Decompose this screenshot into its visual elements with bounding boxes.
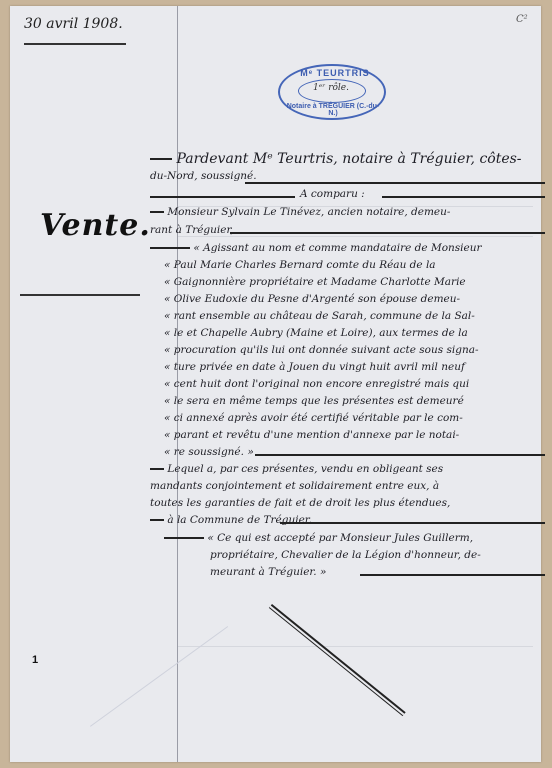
- filler-line: [280, 522, 545, 524]
- text-line: A comparu :: [300, 188, 365, 200]
- text-line: « ture privée en date à Jouen du vingt h…: [164, 361, 465, 373]
- margin-title-underline: [20, 294, 140, 296]
- text-line: mandants conjointement et solidairement …: [150, 480, 439, 492]
- ruled-line: [178, 236, 533, 237]
- text-line: « Ce qui est accepté par Monsieur Jules …: [164, 532, 473, 544]
- page-number: 1: [32, 654, 38, 666]
- text-line: « ci annexé après avoir été certifié vér…: [164, 412, 463, 424]
- text-line: Pardevant Mᵉ Teurtris, notaire à Tréguie…: [150, 151, 522, 167]
- stamp-notary-name: Mᵉ TEURTRIS: [290, 68, 380, 78]
- document-date: 30 avril 1908.: [24, 16, 123, 32]
- text-line: « Agissant au nom et comme mandataire de…: [150, 242, 482, 254]
- corner-mark: C²: [516, 14, 528, 25]
- text-line: propriétaire, Chevalier de la Légion d'h…: [210, 549, 481, 561]
- text-line: « le sera en même temps que les présente…: [164, 395, 464, 407]
- text-line: meurant à Tréguier. »: [210, 566, 326, 578]
- text-line: « Olive Eudoxie du Pesne d'Argenté son é…: [164, 293, 460, 305]
- filler-line: [360, 574, 545, 576]
- date-underline: [24, 43, 126, 45]
- ruled-line: [178, 646, 533, 647]
- stamp-role: 1ᵉʳ rôle.: [298, 83, 364, 93]
- text-line: « re soussigné. »: [164, 446, 254, 458]
- filler-line: [245, 182, 545, 184]
- text-line: « procuration qu'ils lui ont donnée suiv…: [164, 344, 479, 356]
- text-line: « parant et revêtu d'une mention d'annex…: [164, 429, 459, 441]
- filler-line: [230, 232, 545, 234]
- filler-line: [382, 196, 545, 198]
- document-page: 30 avril 1908. C² Mᵉ TEURTRIS 1ᵉʳ rôle. …: [10, 6, 541, 762]
- text-line: « Gaignonnière propriétaire et Madame Ch…: [164, 276, 466, 288]
- stamp-location: Notaire à TRÉGUIER (C.-du-N.): [284, 103, 382, 117]
- margin-title: Vente.: [40, 208, 151, 243]
- filler-line: [150, 196, 295, 198]
- cancellation-stroke: [271, 604, 406, 714]
- text-line: du-Nord, soussigné.: [150, 170, 257, 182]
- text-line: Lequel a, par ces présentes, vendu en ob…: [150, 463, 443, 475]
- notary-stamp: Mᵉ TEURTRIS 1ᵉʳ rôle. Notaire à TRÉGUIER…: [278, 64, 386, 120]
- text-line: « Paul Marie Charles Bernard comte du Ré…: [164, 259, 436, 271]
- text-line: « cent huit dont l'original non encore e…: [164, 378, 469, 390]
- text-line: à la Commune de Tréguier.: [150, 514, 312, 526]
- text-line: Monsieur Sylvain Le Tinévez, ancien nota…: [150, 206, 450, 218]
- filler-line: [255, 454, 545, 456]
- text-line: rant à Tréguier,: [150, 224, 234, 236]
- text-line: toutes les garanties de fait et de droit…: [150, 497, 450, 509]
- text-line: « le et Chapelle Aubry (Maine et Loire),…: [164, 327, 468, 339]
- faint-pencil-stroke: [90, 626, 228, 727]
- text-line: « rant ensemble au château de Sarah, com…: [164, 310, 475, 322]
